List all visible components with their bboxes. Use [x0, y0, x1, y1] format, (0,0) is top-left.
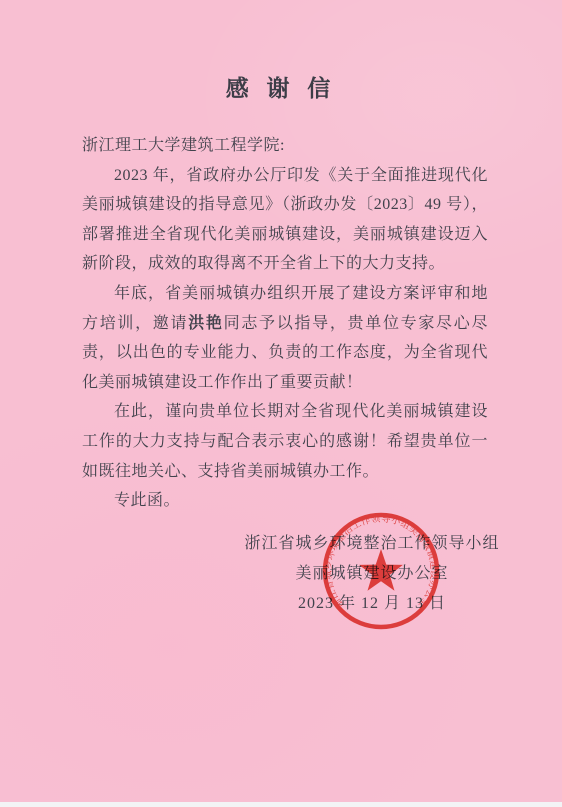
letter-page: 感 谢 信 浙江理工大学建筑工程学院: 2023 年，省政府办公厅印发《关于全面… — [0, 0, 562, 807]
paragraph-1: 2023 年，省政府办公厅印发《关于全面推进现代化美丽城镇建设的指导意见》（浙政… — [82, 161, 488, 279]
signature-org-line1: 浙江省城乡环境整治工作领导小组 — [240, 529, 504, 559]
closing-line: 专此函。 — [82, 486, 488, 516]
scan-edge — [0, 802, 562, 807]
signature-date: 2023 年 12 月 13 日 — [240, 589, 504, 619]
signature-block: 浙江省城乡环境整治工作领导小组 美丽城镇建设办公室 2023 年 12 月 13… — [240, 529, 504, 618]
letter-title: 感 谢 信 — [0, 70, 562, 103]
letter-body: 浙江理工大学建筑工程学院: 2023 年，省政府办公厅印发《关于全面推进现代化美… — [82, 131, 488, 516]
recipient-name: 洪艳 — [188, 315, 223, 332]
salutation: 浙江理工大学建筑工程学院: — [82, 131, 488, 161]
paragraph-2: 年底，省美丽城镇办组织开展了建设方案评审和地方培训，邀请洪艳同志予以指导，贵单位… — [82, 279, 488, 397]
paragraph-3: 在此，谨向贵单位长期对全省现代化美丽城镇建设工作的大力支持与配合表示衷心的感谢！… — [82, 397, 488, 486]
signature-org-line2: 美丽城镇建设办公室 — [240, 559, 504, 589]
